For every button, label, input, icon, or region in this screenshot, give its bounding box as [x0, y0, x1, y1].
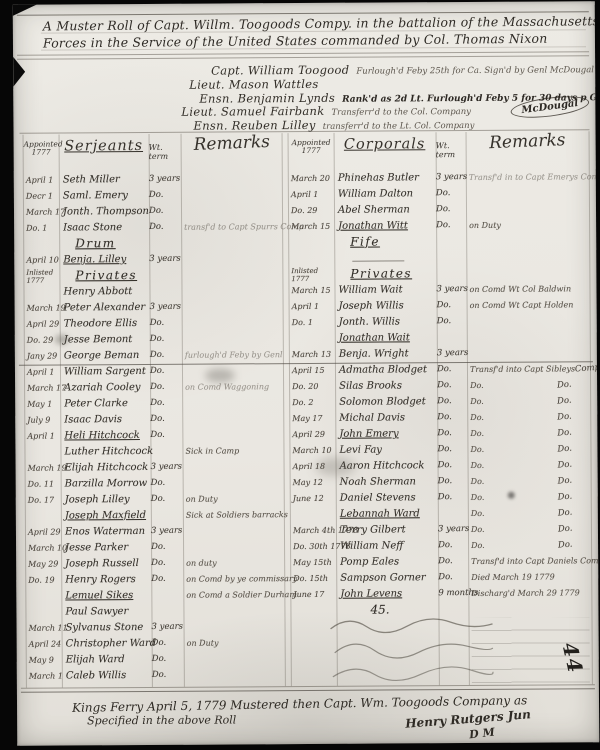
cell-name: Phinehas Butler — [334, 170, 436, 187]
cell-date — [291, 507, 336, 523]
cell-remark — [184, 651, 287, 668]
cell-term: Do. — [438, 538, 468, 554]
cell-date: April 1 — [290, 299, 335, 315]
roster-row: April 1 William Sargent Do. — [25, 363, 285, 381]
cell-remark — [183, 603, 286, 620]
cell-name: William Wait — [334, 282, 436, 299]
cell-date: May 9 — [27, 652, 62, 668]
cell-name: Terry Gilbert — [336, 522, 438, 539]
cell-remark — [182, 331, 285, 348]
roster-row: Paul Sawyer — [26, 603, 286, 621]
roster-row: Do. 30th 1778 William Neff Do. Do. Do. — [291, 537, 592, 555]
roster-row: Fife — [289, 233, 590, 251]
cell-remark: on Duty — [183, 491, 286, 508]
cell-date: April 1 — [25, 365, 60, 381]
cell-name: Benja. Wright — [335, 346, 437, 363]
cell-date: March 13 — [290, 347, 335, 363]
cell-date: April 24 — [27, 636, 62, 652]
cell-name: George Beman — [60, 348, 150, 365]
roster-row: May 29 Joseph Russell Do. on duty — [26, 555, 286, 573]
cell-date — [26, 604, 61, 620]
cell-remark: on Comd Wt Col Baldwin — [466, 281, 571, 298]
cell-term — [448, 234, 478, 250]
cell-term: Do. — [151, 556, 183, 572]
column-header-appointed: Appointed1777 — [289, 133, 334, 171]
roster-row: Do. 19 Henry Rogers Do. on Comd by ye co… — [26, 571, 286, 589]
cell-term: Do. — [150, 412, 182, 428]
column-header-remarks: Remarks — [180, 131, 284, 173]
officer-line: Capt. William ToogoodFurlough'd Feby 25t… — [211, 57, 599, 73]
cell-name: Seth Miller — [59, 172, 149, 189]
cell-date: Do. 15th — [291, 571, 336, 587]
cell-term: 3 years — [152, 620, 184, 636]
column-header-corporals: Corporals — [334, 132, 436, 171]
cell-name: Michal Davis — [335, 410, 437, 427]
cell-date: June 17 — [291, 587, 336, 603]
roster-row: May 12 Noah Sherman Do. Do. Do. — [291, 473, 592, 491]
roster-row: Do. 20 Silas Brooks Do. Do. Do. — [290, 377, 591, 395]
torn-edge-notch — [13, 57, 25, 87]
cell-term: Do. — [149, 220, 181, 236]
cell-name: Daniel Stevens — [336, 490, 438, 507]
cell-date: June 12 — [291, 491, 336, 507]
cell-remark: furlough'd Feby by Genl — [182, 347, 285, 364]
cell-date — [290, 331, 335, 347]
cell-name: Barzilla Morrow — [61, 476, 151, 493]
cell-name: Elijah Ward — [62, 652, 152, 669]
cell-term: 3 years — [149, 172, 181, 188]
roster-row: April 10 Benja. Lilley 3 years — [24, 251, 284, 269]
cell-name: Joseph Lilley — [61, 492, 151, 509]
cell-date: March 20 — [289, 171, 334, 187]
officers-block: Capt. William ToogoodFurlough'd Feby 25t… — [181, 57, 599, 129]
cell-date: March 17 — [25, 381, 60, 397]
cell-remark: Do. — [467, 425, 557, 442]
cell-remark: on Comd Waggoning — [182, 379, 285, 396]
cell-term: Do. — [436, 202, 466, 218]
cell-term — [161, 236, 193, 252]
cell-name: John Emery — [335, 426, 437, 443]
roster-row: Do. 1 Jonth. Willis Do. — [290, 313, 591, 331]
cell-term: Do. — [437, 410, 467, 426]
cell-term: 9 months — [438, 586, 468, 602]
cell-date: April 1 — [24, 173, 59, 189]
muster-master-title: D M — [469, 726, 496, 742]
cell-name: Heli Hitchcock — [60, 428, 150, 445]
cell-term: Do. — [438, 570, 468, 586]
muster-certification-line1: Kings Ferry April 5, 1779 Mustered then … — [72, 693, 527, 715]
cell-term: Do. — [438, 554, 468, 570]
cell-date: April 29 — [25, 317, 60, 333]
roster-row: March 15 William Wait 3 years on Comd Wt… — [289, 281, 590, 299]
roster-row: July 9 Isaac Davis Do. — [25, 411, 285, 429]
cell-date: Inlisted 1777 — [24, 269, 59, 285]
cell-term: Do. — [437, 378, 467, 394]
cell-term: Do. — [152, 636, 184, 652]
cell-term: Do. — [437, 426, 467, 442]
cell-remark: on Comd a Soldier Durham — [183, 587, 297, 604]
roster-row: Inlisted 1777 Privates — [289, 265, 590, 283]
cell-name: Jonathan Wait — [335, 330, 437, 347]
cell-name: Privates — [334, 266, 448, 283]
cell-remark — [193, 235, 284, 252]
cell-remark — [182, 427, 285, 444]
cell-date: May 29 — [26, 556, 61, 572]
cell-remark — [466, 249, 556, 266]
left-table-body: April 1 Seth Miller 3 years Decr 1 Saml.… — [24, 171, 287, 685]
cell-term: Do. — [151, 572, 183, 588]
cell-name: Theodore Ellis — [60, 316, 150, 333]
cell-date — [289, 251, 334, 267]
roster-row: Do. 17 Joseph Lilley Do. on Duty — [26, 491, 286, 509]
cell-name: Fife — [334, 234, 448, 251]
cell-remark: Do. — [467, 393, 557, 410]
cell-name: Drum — [59, 236, 161, 253]
cell-term: Do. — [152, 668, 184, 684]
cell-name: Enos Waterman — [61, 524, 151, 541]
cell-name: Abel Sherman — [334, 202, 436, 219]
cell-term: Do. — [150, 348, 182, 364]
cell-date: March 10 — [26, 540, 61, 556]
cell-term — [437, 330, 467, 346]
cell-date: May 17 — [290, 411, 335, 427]
cell-remark — [181, 187, 284, 204]
cell-term: Do. — [151, 540, 183, 556]
roster-row: Do. 15th Sampson Gorner Do. Died March 1… — [291, 569, 592, 587]
cell-term: Do. — [149, 204, 181, 220]
cell-remark: Transf'd into Capt Daniels Compy — [468, 553, 599, 570]
cell-date — [24, 285, 59, 301]
cell-date: Do. 11 — [26, 477, 61, 493]
cell-remark: Do. — [468, 457, 558, 474]
cell-date: April 29 — [290, 427, 335, 443]
cell-name: Luther Hitchcock — [60, 444, 150, 461]
cell-remark: Do. — [467, 441, 557, 458]
cell-name: Jonth. Thompson — [59, 204, 149, 221]
cell-term: Do. — [150, 396, 182, 412]
roster-row: March 15 Jonathan Witt Do. on Duty — [289, 217, 590, 235]
roster-row: Decr 1 Saml. Emery Do. — [24, 187, 284, 205]
cell-date: March 15 — [289, 283, 334, 299]
roster-row: May 1 Peter Clarke Do. — [25, 395, 285, 413]
cell-remark — [467, 313, 557, 330]
cell-term — [436, 250, 466, 266]
roster-row: April 24 Christopher Ward Do. on Duty — [27, 635, 287, 653]
cell-name: Lebannah Ward — [336, 506, 438, 523]
roster-row: Drum — [24, 235, 284, 253]
cell-date: May 12 — [291, 475, 336, 491]
cell-name: Saml. Emery — [59, 188, 149, 205]
cell-name: Levi Fay — [335, 442, 437, 459]
cell-name: William Sargent — [60, 364, 150, 381]
cell-remark: Died March 19 1779 — [468, 569, 558, 586]
roster-row: Lemuel Sikes on Comd a Soldier Durham — [26, 587, 286, 605]
cell-remark — [182, 315, 285, 332]
column-header-serjeants: Serjeants — [59, 134, 149, 173]
cell-remark: transf'd to Capt Spurrs Comp — [181, 219, 304, 236]
cell-date: Do. 29 — [289, 203, 334, 219]
roster-row: May 17 Michal Davis Do. Do. Do. — [290, 409, 591, 427]
roster-row: May 9 Elijah Ward Do. — [27, 651, 287, 669]
cell-name: Paul Sawyer — [61, 604, 151, 621]
cell-date: March 19 — [25, 301, 60, 317]
cell-name: Admatha Blodget — [335, 362, 437, 379]
roster-row: April 1 Joseph Willis Do. on Comd Wt Cap… — [290, 297, 591, 315]
cell-name: Noah Sherman — [336, 474, 438, 491]
document-page: A Muster Roll of Capt. Willm. Toogoods C… — [13, 1, 600, 746]
cell-name: Joseph Russell — [61, 556, 151, 573]
cell-term: Do. — [150, 332, 182, 348]
officer-note: transferr'd to the Lt. Col. Company — [323, 121, 475, 132]
cell-remark — [478, 233, 556, 249]
cell-name: John Levens — [336, 586, 438, 603]
roster-row: March 17 Azariah Cooley Do. on Comd Wagg… — [25, 379, 285, 397]
ruled-line — [21, 688, 595, 693]
roster-row: March 13 Benja. Wright 3 years — [290, 345, 591, 363]
cell-term: 3 years — [150, 300, 182, 316]
cell-term: 3 years — [151, 460, 183, 476]
cell-remark-ditto — [571, 280, 600, 299]
cell-term: Do. — [437, 442, 467, 458]
cell-name — [334, 250, 436, 267]
cell-remark-ditto — [558, 600, 593, 619]
cell-name: William Dalton — [334, 186, 436, 203]
roster-row: March 20 Phinehas Butler 3 years Transf'… — [289, 169, 590, 187]
cell-term: Do. — [151, 492, 183, 508]
cell-term: Do. — [437, 314, 467, 330]
cell-remark: Do. — [468, 505, 558, 522]
cell-term: 3 years — [436, 282, 466, 298]
cell-date: Decr 1 — [24, 189, 59, 205]
column-header-appointed: Appointed1777 — [24, 135, 59, 173]
cell-term — [151, 604, 183, 620]
cell-remark — [184, 619, 287, 636]
left-roster-table: Appointed1777 Serjeants Wt. term Remarks… — [24, 133, 287, 685]
cell-term: Do. — [438, 474, 468, 490]
roster-row: April 15 Admatha Blodget Do. Transf'd in… — [290, 361, 591, 379]
roster-row: March 10 Levi Fay Do. Do. Do. — [290, 441, 591, 459]
cell-name: Joseph Willis — [335, 298, 437, 315]
roster-row: March 19 Peter Alexander 3 years — [25, 299, 285, 317]
cell-name: Elijah Hitchcock — [61, 460, 151, 477]
cell-date: Do. 17 — [26, 493, 61, 509]
roster-row: Jonathan Wait — [290, 329, 591, 347]
roster-row: May 15th Pomp Eales Do. Transf'd into Ca… — [291, 553, 592, 571]
cell-term: Do. — [150, 316, 182, 332]
cell-remark — [193, 267, 284, 284]
cell-remark — [183, 539, 286, 556]
cell-term: Do. — [149, 188, 181, 204]
roster-row: June 17 John Levens 9 months Discharg'd … — [291, 585, 592, 603]
roster-row: Joseph Maxfield Sick at Soldiers barrack… — [26, 507, 286, 525]
cell-remark — [467, 329, 557, 346]
cell-date: Jany 29 — [25, 349, 60, 365]
cell-remark: on Comd by ye commissary — [183, 571, 297, 588]
cell-remark — [181, 203, 284, 220]
cell-name: Pomp Eales — [336, 554, 438, 571]
cell-term — [150, 444, 182, 460]
ink-smudge — [508, 492, 515, 499]
cell-remark — [183, 523, 286, 540]
cell-name: Benja. Lilley — [59, 252, 149, 269]
cell-term: Do. — [150, 364, 182, 380]
cell-remark — [466, 185, 556, 202]
cell-remark — [183, 475, 286, 492]
roster-row: March 1 Caleb Willis Do. — [27, 667, 287, 685]
cell-name: Jesse Parker — [61, 540, 151, 557]
cell-name: Peter Clarke — [60, 396, 150, 413]
cell-remark — [181, 251, 284, 268]
cell-date: Do. 1 — [24, 221, 59, 237]
cell-term: 3 years — [151, 524, 183, 540]
cell-remark: Do. — [467, 377, 557, 394]
cell-name: Isaac Davis — [60, 412, 150, 429]
cell-term: Do. — [436, 186, 466, 202]
cell-term: 3 years — [149, 252, 181, 268]
cell-remark — [182, 395, 285, 412]
cell-name: Sylvanus Stone — [62, 620, 152, 637]
column-header-remarks: Remarks — [465, 129, 590, 172]
right-roster-table: Appointed1777 Corporals Wt. term Remarks… — [289, 131, 593, 619]
cell-remark — [478, 265, 556, 281]
right-table-header: Appointed1777 Corporals Wt. term Remarks — [289, 131, 590, 171]
cell-date: March 17 — [24, 205, 59, 221]
roster-row: April 29 John Emery Do. Do. Do. — [290, 425, 591, 443]
cell-term: Do. — [150, 428, 182, 444]
roster-row: June 12 Daniel Stevens Do. Do. Do. — [291, 489, 592, 507]
left-table-header: Appointed1777 Serjeants Wt. term Remarks — [24, 133, 284, 173]
cell-remark-ditto — [558, 568, 593, 587]
roster-row: Inlisted 1777 Privates — [24, 267, 284, 285]
roster-row: March 10 Jesse Parker Do. — [26, 539, 286, 557]
cell-date — [24, 237, 59, 253]
cell-name: William Neff — [336, 538, 438, 555]
cell-remark: on Comd Wt Capt Holden — [467, 297, 574, 314]
cell-term — [149, 284, 181, 300]
roster-row: April 1 Heli Hitchcock Do. — [25, 427, 285, 445]
cell-date — [26, 588, 61, 604]
cell-name: Caleb Willis — [62, 668, 152, 685]
roster-row: Jany 29 George Beman Do. furlough'd Feby… — [25, 347, 285, 365]
officer-note: Furlough'd Feby 25th for Ca. Sign'd by G… — [356, 65, 594, 76]
cell-date: April 1 — [25, 429, 60, 445]
roster-row: Henry Abbott — [24, 283, 284, 301]
cell-term: Do. — [152, 652, 184, 668]
roster-row: Do. 2 Solomon Blodget Do. Do. Do. — [290, 393, 591, 411]
cell-remark — [183, 459, 286, 476]
cell-name: Henry Rogers — [61, 572, 151, 589]
cell-remark: on Duty — [184, 635, 287, 652]
cell-remark: Discharg'd March 29 1779 — [468, 585, 579, 602]
column-header-term: Wt. term — [149, 134, 181, 172]
cell-date: March 15 — [289, 219, 334, 235]
cell-term: 3 years — [437, 346, 467, 362]
cell-date: March 19 — [26, 461, 61, 477]
cell-term: Do. — [151, 476, 183, 492]
roster-row: March 17 Jonth. Thompson Do. — [24, 203, 284, 221]
cell-date: Do. 1 — [290, 315, 335, 331]
cell-remark — [184, 667, 287, 684]
cell-remark — [467, 345, 557, 362]
cell-term: Do. — [437, 298, 467, 314]
cell-date: May 1 — [25, 397, 60, 413]
roster-row: Do. 11 Barzilla Morrow Do. — [26, 475, 286, 493]
cell-name: Azariah Cooley — [60, 380, 150, 397]
cell-remark: on Duty — [466, 217, 556, 234]
cell-remark: Transf'd into Capt Sibleys — [467, 361, 575, 378]
cell-date — [25, 445, 60, 461]
cell-date: March 1 — [27, 668, 62, 684]
cell-date: March 11 — [27, 620, 62, 636]
cell-name: Jonth. Willis — [335, 314, 437, 331]
column-header-term: Wt. term — [436, 132, 466, 170]
cell-date: March 4th 1778 — [291, 523, 336, 539]
roster-row: March 4th 1778 Terry Gilbert 3 years Do.… — [291, 521, 592, 539]
cell-name: Christopher Ward — [62, 636, 152, 653]
cell-term: 3 years — [436, 170, 466, 186]
cell-date: May 15th — [291, 555, 336, 571]
cell-term: Do. — [438, 490, 468, 506]
cell-term — [448, 266, 478, 282]
cell-date: Do. 30th 1778 — [291, 539, 336, 555]
cell-name: Joseph Maxfield — [61, 508, 151, 525]
cell-remark — [182, 299, 285, 316]
cell-remark: Do. — [468, 537, 558, 554]
cell-name: Henry Abbott — [59, 284, 149, 301]
roster-row: April 29 Enos Waterman 3 years — [26, 523, 286, 541]
cell-date: July 9 — [25, 413, 60, 429]
roster-row: Do. 1 Isaac Stone Do. transf'd to Capt S… — [24, 219, 284, 237]
cell-name: Jesse Bemont — [60, 332, 150, 349]
cell-remark: Do. — [468, 473, 558, 490]
roster-row — [289, 249, 590, 267]
cell-term: Do. — [437, 362, 467, 378]
cell-date: April 1 — [289, 187, 334, 203]
cell-date: Inlisted 1777 — [289, 267, 334, 283]
cell-remark-ditto — [556, 344, 591, 363]
cell-remark — [181, 283, 284, 300]
cell-remark: Do. — [468, 521, 558, 538]
roster-row: March 19 Elijah Hitchcock 3 years — [26, 459, 286, 477]
ink-smudge — [55, 334, 69, 344]
cell-remark-ditto — [556, 264, 591, 283]
roster-row: April 1 Seth Miller 3 years — [24, 171, 284, 189]
cell-date — [26, 509, 61, 525]
cell-name: Silas Brooks — [335, 378, 437, 395]
right-table-body: March 20 Phinehas Butler 3 years Transf'… — [289, 169, 593, 619]
roster-row: Do. 29 Abel Sherman Do. — [289, 201, 590, 219]
cell-date: April 29 — [26, 524, 61, 540]
cell-term: Do. — [436, 218, 466, 234]
roster-row: April 1 William Dalton Do. — [289, 185, 590, 203]
muster-master-signature: Henry Rutgers Jun — [405, 707, 532, 731]
cell-remark-ditto: Do. — [557, 536, 592, 555]
roster-row: April 29 Theodore Ellis Do. — [25, 315, 285, 333]
cell-remark — [466, 201, 556, 218]
cell-date: March 10 — [290, 443, 335, 459]
roster-row: March 11 Sylvanus Stone 3 years — [27, 619, 287, 637]
cell-term: Do. — [150, 380, 182, 396]
cell-name: Privates — [59, 268, 161, 285]
cell-name: Jonathan Witt — [334, 218, 436, 235]
cell-date: April 10 — [24, 253, 59, 269]
cell-remark: Sick in Camp — [182, 443, 285, 460]
cell-remark — [182, 411, 285, 428]
cell-name: Peter Alexander — [60, 300, 150, 317]
cell-date: Do. 2 — [290, 395, 335, 411]
cell-date: Do. 20 — [290, 379, 335, 395]
cell-name: Solomon Blodget — [335, 394, 437, 411]
